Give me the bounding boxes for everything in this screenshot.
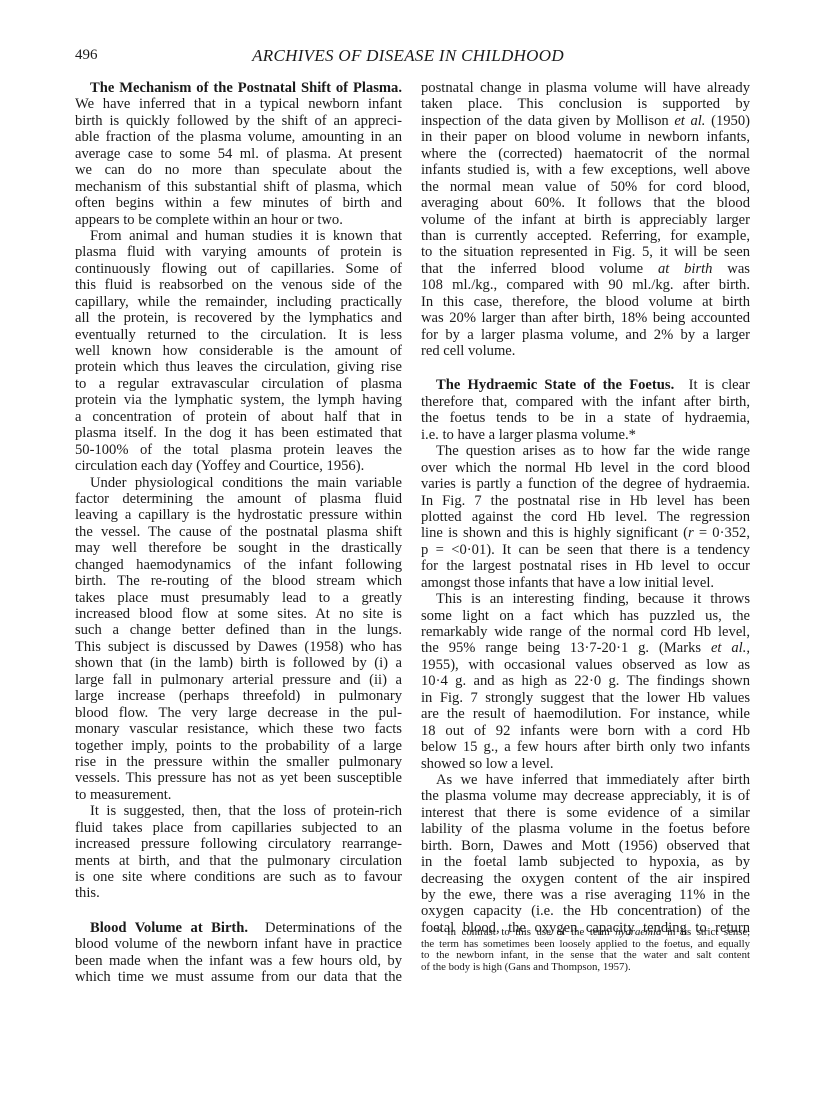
text-line: 1955), with occasional values observed a… [421,657,750,673]
heading-continuation: Determinations of the [265,920,402,936]
paragraph: postnatal change in plasma volume will h… [421,80,750,359]
text-line: birth. The re-routing of the blood strea… [75,573,402,589]
text-line: that the inferred blood volume at birth … [421,261,750,277]
text-line: continuously flowing out of capillaries.… [75,261,402,277]
text-line: birth. Born, Dawes and Mott (1956) obser… [421,838,750,854]
text-line: than is currently accepted. Referring, f… [421,228,750,244]
paragraph: This is an interesting finding, because … [421,591,750,772]
section-heading: Blood Volume at Birth. [90,920,248,936]
text-line: the normal mean value of 50% for cord bl… [421,179,750,195]
text-line: taken place. This conclusion is supporte… [421,96,750,112]
text-line: for the largest postnatal rises in Hb le… [421,558,750,574]
text-line: appears to be complete within an hour or… [75,212,402,228]
running-title: ARCHIVES OF DISEASE IN CHILDHOOD [0,46,816,66]
text-line: red cell volume. [421,343,750,359]
text-line: amongst those infants that have a low in… [421,575,750,591]
text-line: vessels. This pressure has not as yet be… [75,770,402,786]
text-line: factor determining the amount of plasma … [75,491,402,507]
text-line: averaging about 60%. It follows that the… [421,195,750,211]
text-line: may well therefore be sought in the dras… [75,540,402,556]
text-line: this. [75,885,402,901]
text-line: In this case, therefore, the blood volum… [421,294,750,310]
text-line: by the ewe, there was a rise averaging 1… [421,887,750,903]
text-line: which time we must assume from our data … [75,969,402,985]
paragraph: From animal and human studies it is know… [75,228,402,475]
text-line: been made when the infant was a few hour… [75,953,402,969]
text-line: a concentration of protein of about half… [75,409,402,425]
text-line: large fall in pulmonary arterial pressur… [75,672,402,688]
text-line: We have inferred that in a typical newbo… [75,96,402,112]
paragraph: blood volume of the newborn infant have … [75,936,402,985]
text-line: remarkably wide range of the normal cord… [421,624,750,640]
text-line: to the situation represented in Fig. 5, … [421,244,750,260]
paragraph: As we have inferred that immediately aft… [421,772,750,936]
section-heading: The Mechanism of the Postnatal Shift of … [90,80,402,96]
text-line: to the newborn infant, in the sense that… [421,950,750,962]
text-line: circulation each day (Yoffey and Courtic… [75,458,402,474]
text-line: It is suggested, then, that the loss of … [75,803,402,819]
text-line: p = <0·01). It can be seen that there is… [421,542,750,558]
text-line: for by a larger plasma volume, and 2% by… [421,327,750,343]
text-line: increased blood flow at some sites. At n… [75,606,402,622]
text-line: some light on a fact which has puzzled u… [421,608,750,624]
text-line: infants studied is, with a few exception… [421,162,750,178]
section-heading-line: The Hydraemic State of the Foetus. It is… [421,377,750,393]
paragraph: Under physiological conditions the main … [75,475,402,804]
text-line: where the (corrected) haematocrit of the… [421,146,750,162]
text-line: the foetus tends to be in a state of hyd… [421,410,750,426]
text-line: below 15 g., a few hours after birth onl… [421,739,750,755]
text-line: lability of the plasma volume in the foe… [421,821,750,837]
text-line: 18 out of 92 infants were born with a co… [421,723,750,739]
text-line: This subject is discussed by Dawes (1958… [75,639,402,655]
text-line: the plasma volume may decrease appreciab… [421,788,750,804]
text-line: blood volume of the newborn infant have … [75,936,402,952]
text-line: to measurement. [75,787,402,803]
text-line: to a regular extravascular circulation o… [75,376,402,392]
text-line: is one site where conditions are such as… [75,869,402,885]
text-line: shown that (in the lamb) birth is follow… [75,655,402,671]
text-line: plasma fluid with varying amounts of pro… [75,244,402,260]
text-line: in their paper on blood volume in newbor… [421,129,750,145]
text-line: oxygen capacity (i.e. the Hb concentrati… [421,903,750,919]
paragraph: therefore that, compared with the infant… [421,394,750,443]
text-line: plotted against the cord Hb level. The r… [421,509,750,525]
text-line: birth is quickly followed by the shift o… [75,113,402,129]
text-line: in the foetal lamb subjected to hypoxia,… [421,854,750,870]
text-line: eventually returned to the circulation. … [75,327,402,343]
text-line: such a change better defined than in the… [75,622,402,638]
text-line: we can do no more than speculate about t… [75,162,402,178]
text-line: changed haemodynamics of the infant foll… [75,557,402,573]
text-line: 10·4 g. and as high as 22·0 g. The findi… [421,673,750,689]
text-line: volume of the infant at birth is appreci… [421,212,750,228]
text-line: able fraction of the plasma volume, amou… [75,129,402,145]
left-column: The Mechanism of the Postnatal Shift of … [75,80,402,986]
text-line: As we have inferred that immediately aft… [421,772,750,788]
text-line: blood flow. The very large decrease in t… [75,705,402,721]
text-line: this fluid is reabsorbed on the venous s… [75,277,402,293]
text-line: over which the normal Hb level in the co… [421,460,750,476]
section-heading-line: The Mechanism of the Postnatal Shift of … [75,80,402,96]
text-line: average case to some 54 ml. of plasma. A… [75,146,402,162]
text-line: interest that there is some evidence of … [421,805,750,821]
text-line: showed so low a level. [421,756,750,772]
paragraph: It is suggested, then, that the loss of … [75,803,402,902]
text-line: decreasing the oxygen content of the air… [421,871,750,887]
text-line: all the protein, is recovered by the lym… [75,310,402,326]
text-line: mechanism of this substantial shift of p… [75,179,402,195]
text-line: capillary, while the remainder, includin… [75,294,402,310]
text-line: plasma itself. In the dog it has been es… [75,425,402,441]
text-line: the 95% range being 13·7-20·1 g. (Marks … [421,640,750,656]
paragraph: We have inferred that in a typical newbo… [75,96,402,228]
section-gap [421,359,750,377]
text-line: of the body is high (Gans and Thompson, … [421,962,750,974]
text-line: varies is partly a function of the degre… [421,476,750,492]
text-line: was 20% larger than after birth, 18% bei… [421,310,750,326]
text-line: therefore that, compared with the infant… [421,394,750,410]
text-line: fluid takes place from capillaries subje… [75,820,402,836]
text-line: protein which thus leaves the circulatio… [75,359,402,375]
right-column: postnatal change in plasma volume will h… [421,80,750,936]
footnote-text: * In contrast to this use of the term hy… [421,927,750,973]
text-line: The question arises as to how far the wi… [421,443,750,459]
text-line: This is an interesting finding, because … [421,591,750,607]
text-line: From animal and human studies it is know… [75,228,402,244]
text-line: well known how considerable is the amoun… [75,343,402,359]
section-gap [75,902,402,920]
text-line: rise in the pressure within the smaller … [75,754,402,770]
text-line: are the result of haemodilution. For ins… [421,706,750,722]
text-line: i.e. to have a larger plasma volume.* [421,427,750,443]
text-line: large increase (perhaps threefold) in pu… [75,688,402,704]
text-line: the vessel. The cause of the postnatal p… [75,524,402,540]
text-line: 108 ml./kg., compared with 90 ml./kg. af… [421,277,750,293]
text-line: line is shown and this is highly signifi… [421,525,750,541]
text-line: takes place must presumably lead to a gr… [75,590,402,606]
section-heading: The Hydraemic State of the Foetus. [436,377,674,393]
text-line: often begins within a few minutes of bir… [75,195,402,211]
text-line: Under physiological conditions the main … [75,475,402,491]
text-line: * In contrast to this use of the term hy… [421,927,750,939]
paragraph: The question arises as to how far the wi… [421,443,750,591]
text-line: inspection of the data given by Mollison… [421,113,750,129]
heading-continuation: It is clear [689,377,750,393]
text-line: postnatal change in plasma volume will h… [421,80,750,96]
text-line: in Fig. 7 strongly suggest that the lowe… [421,690,750,706]
text-line: protein via the lymphatic system, the ly… [75,392,402,408]
footnote: * In contrast to this use of the term hy… [421,927,750,973]
text-line: together imply, points to the probabilit… [75,738,402,754]
text-line: monary vascular resistance, which these … [75,721,402,737]
text-line: leaving a capillary is the hydrostatic p… [75,507,402,523]
section-heading-line: Blood Volume at Birth. Determinations of… [75,920,402,936]
text-line: ments at birth, and that the pulmonary c… [75,853,402,869]
text-line: In Fig. 7 the postnatal rise in Hb level… [421,493,750,509]
text-line: increased pressure following circulatory… [75,836,402,852]
text-line: 50-100% of the total plasma protein leav… [75,442,402,458]
